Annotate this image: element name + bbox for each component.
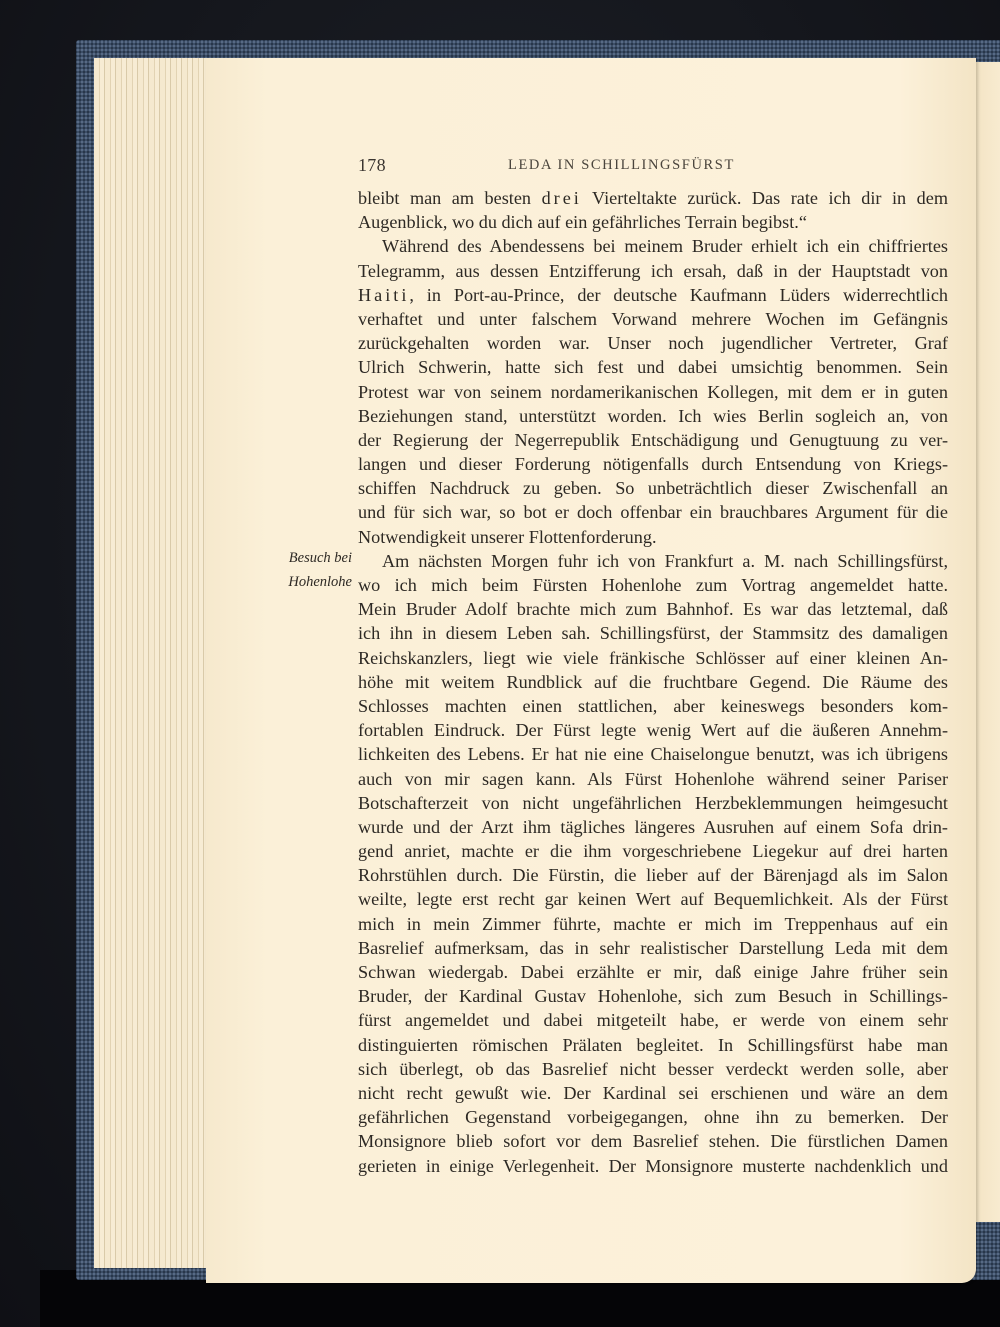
text-line: Botschafterzeit von nicht ungefährlichen…	[358, 791, 948, 815]
paragraph-start: Am nächsten Morgen fuhr ich von Frankfur…	[358, 549, 948, 573]
text-line: sich überlegt, ob das Basrelief nicht be…	[358, 1057, 948, 1081]
text-line: wo ich mich beim Fürsten Hohenlohe zum V…	[358, 573, 948, 597]
text-line: auch von mir sagen kann. Als Fürst Hohen…	[358, 767, 948, 791]
text-line: Protest war von seinem nordamerikanische…	[358, 380, 948, 404]
text-line: und für sich war, so bot er doch offenba…	[358, 500, 948, 524]
marginal-note: Besuch bei Hohenlohe	[282, 546, 352, 594]
running-head: 178 LEDA IN SCHILLINGSFÜRST	[358, 155, 948, 179]
text-line: langen und dieser Forderung nötigenfalls…	[358, 452, 948, 476]
text-line: gend anriet, machte er die ihm vorgeschr…	[358, 839, 948, 863]
text-line: verhaftet und unter falschem Vorwand meh…	[358, 307, 948, 331]
text-line: Augenblick, wo du dich auf ein gefährlic…	[358, 210, 948, 234]
marginal-note-line: Besuch bei	[282, 546, 352, 570]
text-line: Basrelief aufmerksam, das in sehr realis…	[358, 936, 948, 960]
text-line: Bruder, der Kardinal Gustav Hohenlohe, s…	[358, 984, 948, 1008]
text-line: Ulrich Schwerin, hatte sich fest und dab…	[358, 355, 948, 379]
text-line: Reichskanzlers, liegt wie viele fränkisc…	[358, 646, 948, 670]
text-line: Schwan wiedergab. Dabei erzählte er mir,…	[358, 960, 948, 984]
paragraph-start: Während des Abendessens bei meinem Brude…	[358, 234, 948, 258]
text-line: Beziehungen stand, unterstützt worden. I…	[358, 404, 948, 428]
text-line: der Regierung der Negerrepublik Entschäd…	[358, 428, 948, 452]
text-line: Schlosses machten einen stattlichen, abe…	[358, 694, 948, 718]
text-line: Mein Bruder Adolf brachte mich zum Bahnh…	[358, 597, 948, 621]
text-line: nicht recht gewußt wie. Der Kardinal sei…	[358, 1081, 948, 1105]
text-line: höhe mit weitem Rundblick auf die frucht…	[358, 670, 948, 694]
text-line: wurde und der Arzt ihm tägliches längere…	[358, 815, 948, 839]
text-line: Notwendigkeit unserer Flottenforderung.	[358, 525, 948, 549]
text-line: fürst angemeldet und dabei mitgeteilt ha…	[358, 1008, 948, 1032]
text-line: Telegramm, aus dessen Entzifferung ich e…	[358, 259, 948, 283]
text-line: zurückgehalten worden war. Unser noch ju…	[358, 331, 948, 355]
text-line: fortablen Eindruck. Der Fürst legte weni…	[358, 718, 948, 742]
text-line: distinguierten römischen Prälaten beglei…	[358, 1033, 948, 1057]
text-line: Rohrstühlen durch. Die Fürstin, die lieb…	[358, 863, 948, 887]
text-line: bleibt man am besten drei Vierteltakte z…	[358, 186, 948, 210]
text-line: gefährlichen Gegenstand vorbeigegangen, …	[358, 1105, 948, 1129]
marginal-note-line: Hohenlohe	[282, 570, 352, 594]
text-line: lichkeiten des Lebens. Er hat nie eine C…	[358, 742, 948, 766]
text-line: ich ihn in diesem Leben sah. Schillingsf…	[358, 621, 948, 645]
page-stack-edges	[94, 58, 214, 1268]
text-line: schiffen Nachdruck zu geben. So unbeträc…	[358, 476, 948, 500]
page-number: 178	[358, 155, 386, 176]
text-line: weilte, legte erst recht gar keinen Wert…	[358, 887, 948, 911]
text-line: mich in mein Zimmer führte, machte er mi…	[358, 912, 948, 936]
text-line: gerieten in einige Verlegenheit. Der Mon…	[358, 1154, 948, 1178]
text-line: Haiti, in Port-au-Prince, der deutsche K…	[358, 283, 948, 307]
chapter-title: LEDA IN SCHILLINGSFÜRST	[508, 157, 735, 174]
body-text: bleibt man am besten drei Vierteltakte z…	[358, 186, 948, 1178]
text-line: Monsignore blieb sofort vor dem Basrelie…	[358, 1129, 948, 1153]
